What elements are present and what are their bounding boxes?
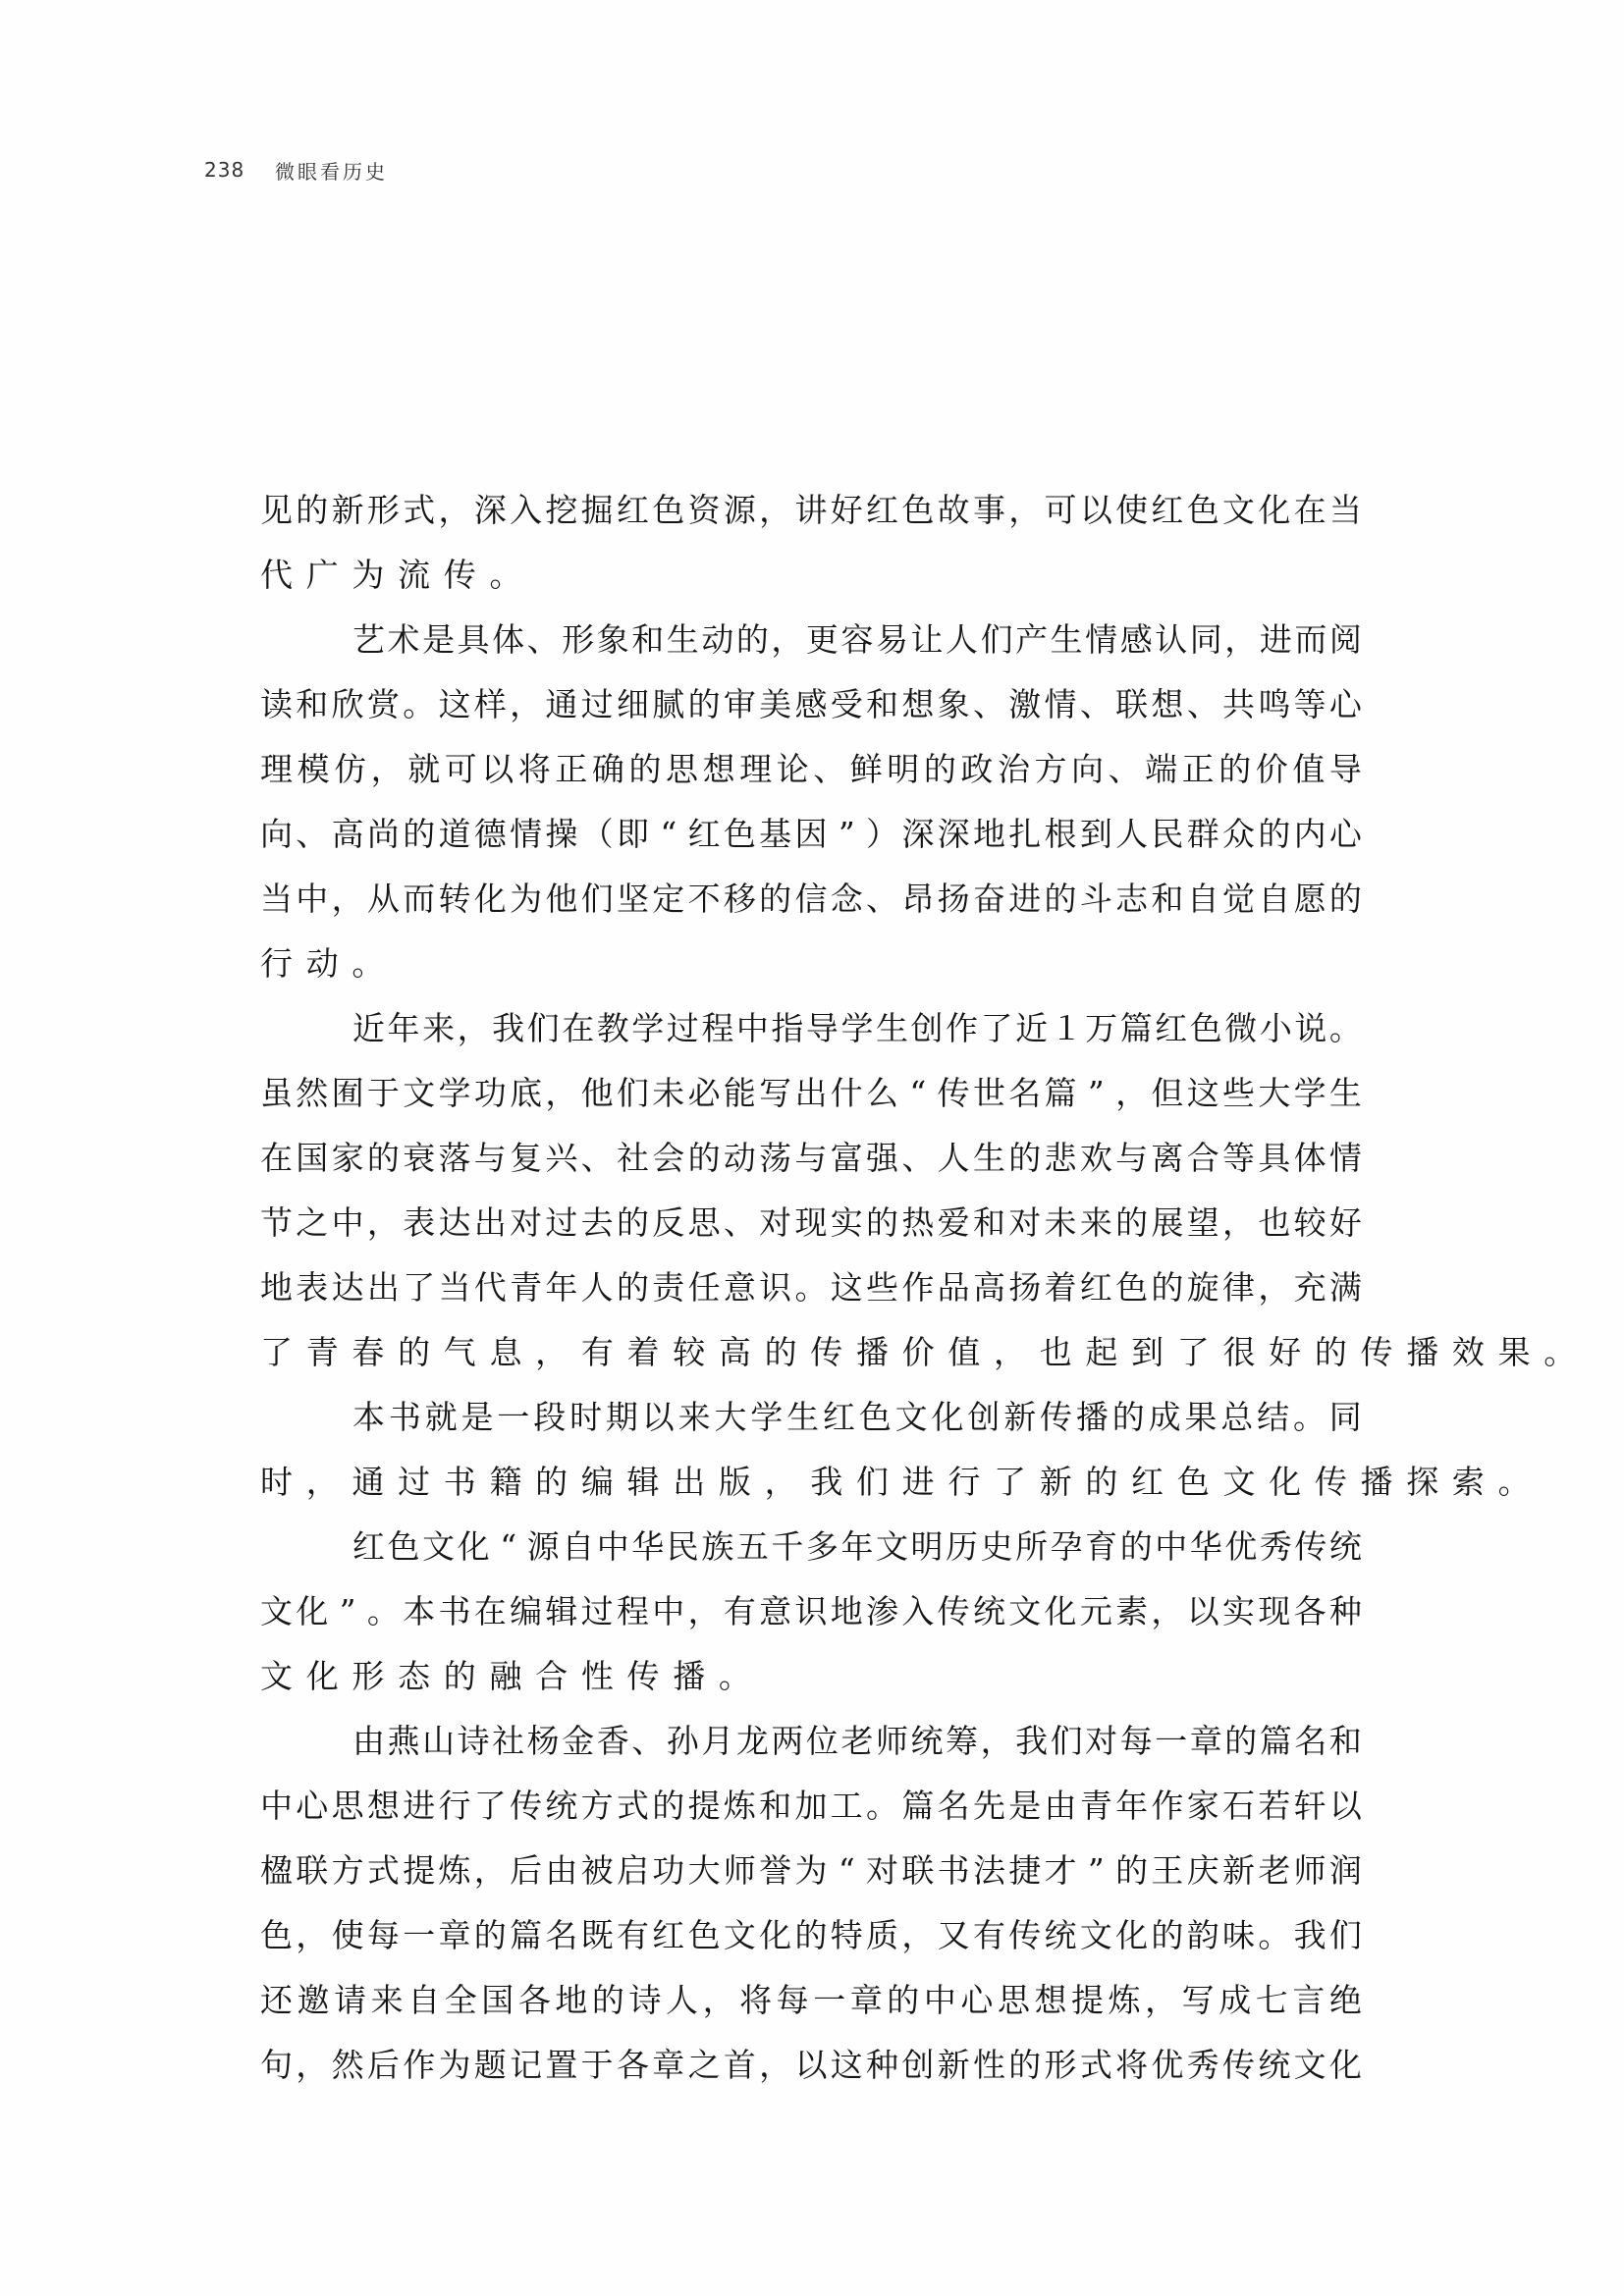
text-line: 节之中，表达出对过去的反思、对现实的热爱和对未来的展望，也较好 [260, 1201, 1362, 1265]
body-text: 见的新形式，深入挖掘红色资源，讲好红色故事，可以使红色文化在当代广为流传。艺术是… [260, 488, 1362, 2108]
text-line: 当中，从而转化为他们坚定不移的信念、昂扬奋进的斗志和自觉自愿的 [260, 877, 1362, 941]
text-line: 理模仿，就可以将正确的思想理论、鲜明的政治方向、端正的价值导 [260, 747, 1362, 812]
text-line: 了青春的气息，有着较高的传播价值，也起到了很好的传播效果。 [260, 1330, 1362, 1395]
text-line: 行动。 [260, 941, 1362, 1006]
page-number: 238 [204, 158, 275, 182]
text-line: 地表达出了当代青年人的责任意识。这些作品高扬着红色的旋律，充满 [260, 1265, 1362, 1330]
book-page: 238 微眼看历史 见的新形式，深入挖掘红色资源，讲好红色故事，可以使红色文化在… [0, 0, 1624, 2296]
text-line: 红色文化“源自中华民族五千多年文明历史所孕育的中华优秀传统 [260, 1524, 1362, 1589]
text-line: 艺术是具体、形象和生动的，更容易让人们产生情感认同，进而阅 [260, 617, 1362, 682]
text-line: 本书就是一段时期以来大学生红色文化创新传播的成果总结。同 [260, 1395, 1362, 1460]
text-line: 向、高尚的道德情操（即“红色基因”）深深地扎根到人民群众的内心 [260, 812, 1362, 877]
text-line: 在国家的衰落与复兴、社会的动荡与富强、人生的悲欢与离合等具体情 [260, 1136, 1362, 1201]
text-line: 还邀请来自全国各地的诗人，将每一章的中心思想提炼，写成七言绝 [260, 1978, 1362, 2043]
text-line: 色，使每一章的篇名既有红色文化的特质，又有传统文化的韵味。我们 [260, 1913, 1362, 1978]
text-line: 句，然后作为题记置于各章之首，以这种创新性的形式将优秀传统文化 [260, 2043, 1362, 2108]
text-line: 由燕山诗社杨金香、孙月龙两位老师统筹，我们对每一章的篇名和 [260, 1719, 1362, 1784]
text-line: 文化”。本书在编辑过程中，有意识地渗入传统文化元素，以实现各种 [260, 1589, 1362, 1654]
text-line: 楹联方式提炼，后由被启功大师誉为“对联书法捷才”的王庆新老师润 [260, 1848, 1362, 1913]
text-line: 见的新形式，深入挖掘红色资源，讲好红色故事，可以使红色文化在当 [260, 488, 1362, 553]
text-line: 时，通过书籍的编辑出版，我们进行了新的红色文化传播探索。 [260, 1460, 1362, 1524]
running-head: 238 微眼看历史 [204, 155, 388, 185]
text-line: 代广为流传。 [260, 553, 1362, 617]
text-line: 文化形态的融合性传播。 [260, 1654, 1362, 1719]
text-line: 虽然囿于文学功底，他们未必能写出什么“传世名篇”，但这些大学生 [260, 1071, 1362, 1136]
text-line: 中心思想进行了传统方式的提炼和加工。篇名先是由青年作家石若轩以 [260, 1784, 1362, 1848]
text-line: 读和欣赏。这样，通过细腻的审美感受和想象、激情、联想、共鸣等心 [260, 682, 1362, 747]
book-title: 微眼看历史 [275, 156, 388, 185]
text-line: 近年来，我们在教学过程中指导学生创作了近１万篇红色微小说。 [260, 1006, 1362, 1071]
